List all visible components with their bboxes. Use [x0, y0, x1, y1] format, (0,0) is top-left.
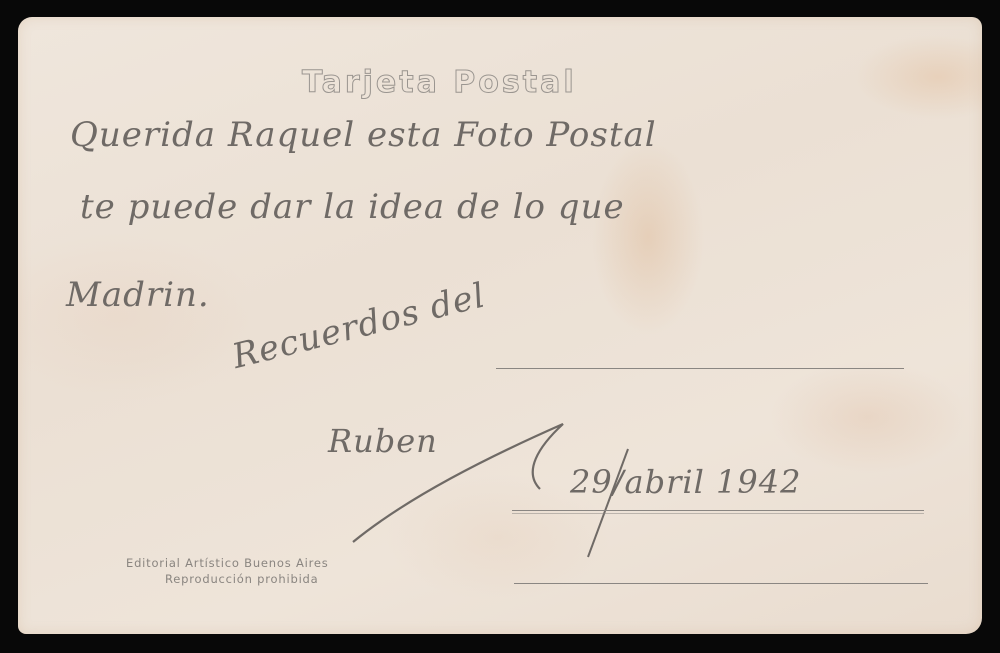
signature-flourish: [18, 17, 982, 634]
address-line-2-double: [512, 513, 924, 514]
address-line-1: [496, 368, 904, 369]
address-line-3: [514, 583, 928, 584]
postcard-back: Tarjeta Postal Querida Raquel esta Foto …: [18, 17, 982, 634]
publisher-line-1: Editorial Artístico Buenos Aires: [126, 556, 329, 570]
publisher-line-2: Reproducción prohibida: [165, 572, 319, 586]
address-line-2: [512, 510, 924, 511]
